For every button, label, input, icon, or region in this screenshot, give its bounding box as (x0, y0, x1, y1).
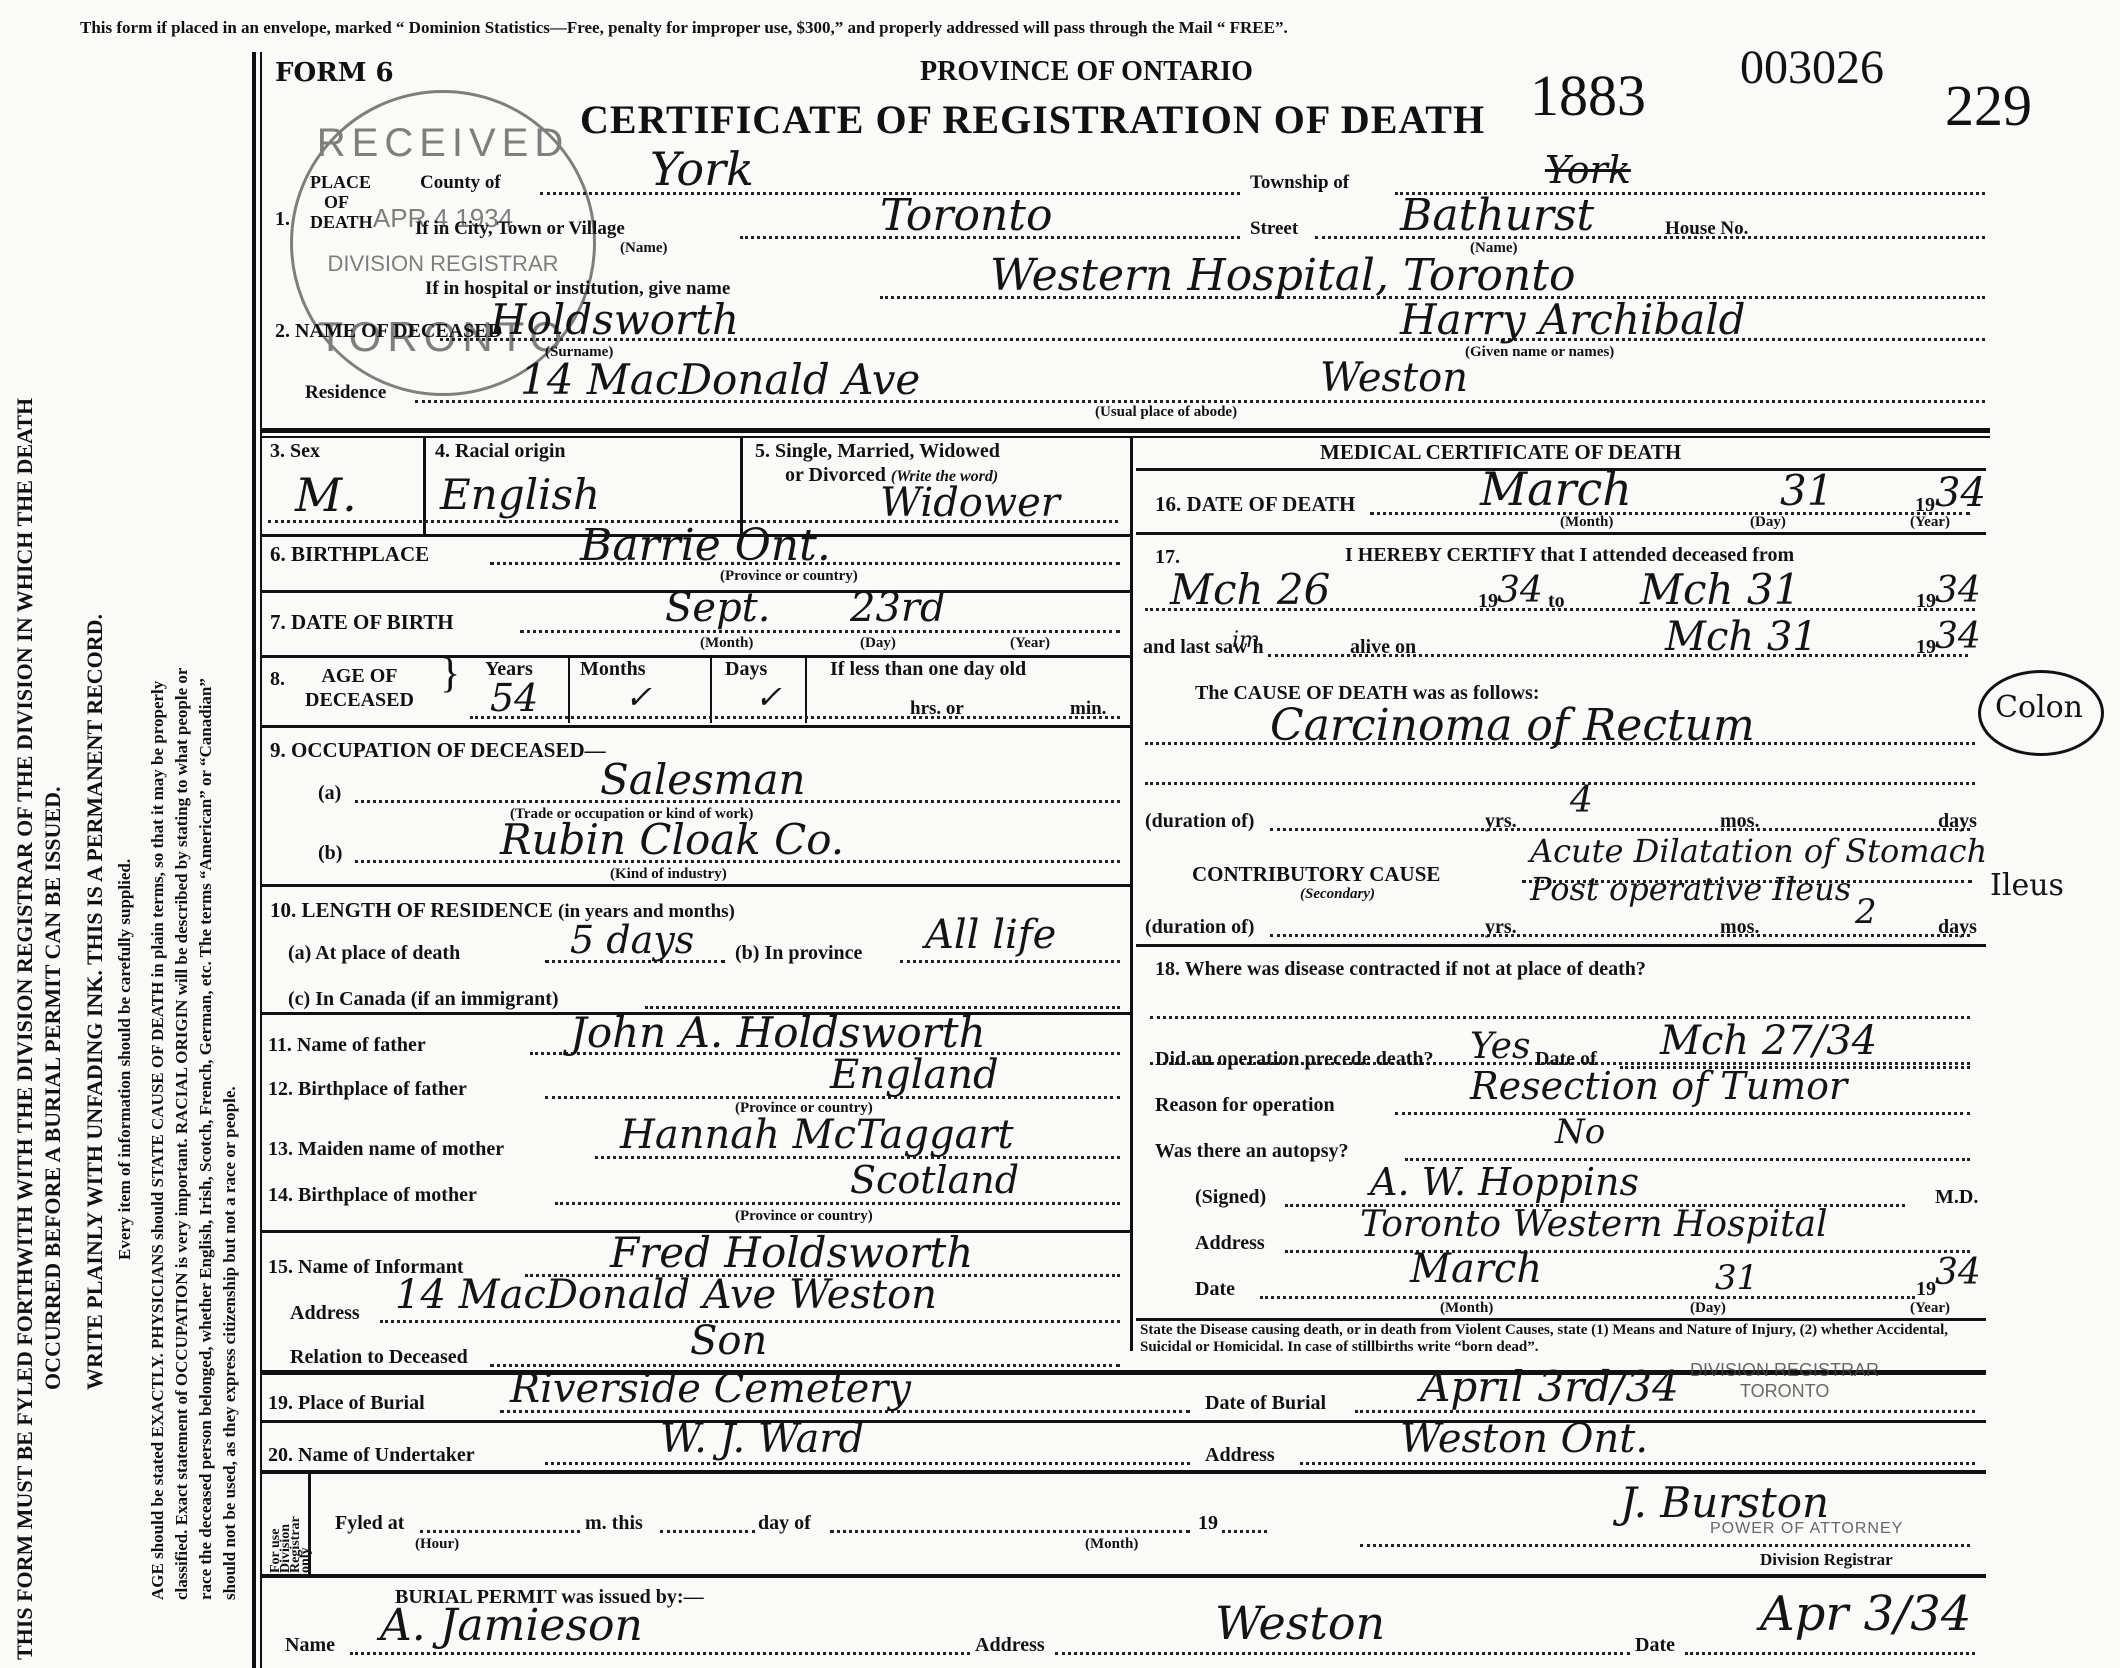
relation-value[interactable]: Son (690, 1318, 767, 1364)
marital-label: 5. Single, Married, Widowed (755, 440, 1000, 463)
residence-length-text: 10. LENGTH OF RESIDENCE (270, 898, 553, 922)
dob-line (520, 630, 1120, 633)
operation-reason-line (1395, 1112, 1970, 1115)
power-of-attorney-stamp: POWER OF ATTORNEY (1710, 1520, 1903, 1538)
row-divider (262, 725, 1130, 728)
deceased-surname[interactable]: Holdsworth (490, 295, 739, 344)
margin-line-5: AGE should be stated EXACTLY. PHYSICIANS… (148, 681, 168, 1600)
registration-number-stamp: 1883 (1530, 62, 1646, 129)
permit-address-value[interactable]: Weston (1215, 1596, 1385, 1650)
contrib-duration-line (1270, 934, 1970, 937)
autopsy-label: Was there an autopsy? (1155, 1140, 1349, 1163)
age-label: AGE OF DECEASED (305, 664, 414, 712)
marital-label-text: or Divorced (785, 464, 886, 486)
date-of-death-year[interactable]: 34 (1935, 470, 1986, 516)
mother-birthplace-value[interactable]: Scotland (850, 1158, 1019, 1202)
alive-on-year[interactable]: 34 (1935, 616, 1981, 657)
permit-date-value[interactable]: Apr 3/34 (1760, 1586, 1971, 1642)
father-birthplace-value[interactable]: England (830, 1052, 999, 1098)
permit-name-line (350, 1652, 970, 1655)
cause-annotation: Colon (1995, 690, 2083, 725)
physician-address-value[interactable]: Toronto Western Hospital (1360, 1204, 1828, 1245)
registrar-stamp-line-1: DIVISION REGISTRAR (1690, 1360, 1879, 1381)
cause-days-label: days (1938, 810, 1977, 833)
m-this-label: m. this (585, 1512, 643, 1535)
dod-month-caption: (Month) (1560, 514, 1613, 531)
hospital-value[interactable]: Western Hospital, Toronto (990, 250, 1575, 301)
row-divider (1136, 944, 1986, 947)
dod-day-caption: (Day) (1750, 514, 1786, 531)
registrar-stamp: DIVISION REGISTRAR TORONTO (1680, 1360, 1879, 1402)
province-duration-line (900, 960, 1120, 963)
hour-caption: (Hour) (415, 1536, 459, 1553)
street-value[interactable]: Bathurst (1400, 190, 1594, 241)
sex-value[interactable]: M. (295, 468, 357, 522)
mail-notice: This form if placed in an envelope, mark… (80, 18, 1288, 38)
dob-label: 7. DATE OF BIRTH (270, 610, 454, 635)
cause-of-death-value[interactable]: Carcinoma of Rectum (1270, 700, 1755, 751)
margin-line-6: classified. Exact statement of OCCUPATIO… (172, 668, 192, 1600)
certificate-date-year[interactable]: 34 (1935, 1252, 1981, 1293)
contributory-annotation: Ileus (1990, 868, 2064, 903)
serial-number-stamp: 003026 (1740, 40, 1884, 95)
undertaker-label: 20. Name of Undertaker (268, 1444, 475, 1467)
certificate-title: CERTIFICATE OF REGISTRATION OF DEATH (580, 96, 1485, 143)
stamp-division-registrar: DIVISION REGISTRAR (293, 251, 593, 277)
contrib-mos-label: mos. (1720, 916, 1759, 939)
date-of-death-line (1370, 512, 1970, 515)
label-of: OF (310, 192, 373, 212)
industry-caption: (Kind of industry) (610, 866, 727, 883)
permit-address-label: Address (975, 1634, 1045, 1657)
date-of-death-month[interactable]: March (1480, 462, 1632, 516)
margin-line-2: OCCURRED BEFORE A BURIAL PERMIT CAN BE I… (40, 787, 66, 1391)
dob-day[interactable]: 23rd (850, 585, 946, 631)
margin-line-8: should not be used, as they express citi… (220, 1086, 240, 1600)
race-value[interactable]: English (440, 470, 600, 519)
age-brace: } (440, 650, 460, 698)
attended-to-prefix: 19 (1916, 590, 1936, 613)
mother-birthplace-label: 14. Birthplace of mother (268, 1184, 477, 1207)
age-label-2: DECEASED (305, 688, 414, 712)
undertaker-address-value[interactable]: Weston Ont. (1400, 1416, 1648, 1462)
informant-value[interactable]: Fred Holdsworth (610, 1228, 973, 1277)
burial-place-value[interactable]: Riverside Cemetery (510, 1366, 911, 1412)
father-birthplace-label: 12. Birthplace of father (268, 1078, 467, 1101)
father-name-label: 11. Name of father (268, 1034, 426, 1057)
occupation-label: 9. OCCUPATION OF DECEASED— (270, 738, 606, 763)
operation-reason-label: Reason for operation (1155, 1094, 1335, 1117)
age-years-value[interactable]: 54 (490, 676, 538, 720)
operation-value[interactable]: Yes (1470, 1026, 1530, 1067)
alive-on-prefix: 19 (1916, 636, 1936, 659)
signed-label: (Signed) (1195, 1186, 1266, 1209)
undertaker-value[interactable]: W. J. Ward (660, 1416, 864, 1462)
attended-to[interactable]: Mch 31 (1640, 565, 1800, 614)
contrib-duration-days[interactable]: 2 (1855, 892, 1877, 932)
permit-address-line (1055, 1652, 1630, 1655)
operation-date[interactable]: Mch 27/34 (1660, 1018, 1877, 1064)
place-of-death-duration-value[interactable]: 5 days (570, 918, 694, 962)
certificate-date-day[interactable]: 31 (1715, 1258, 1758, 1298)
race-label: 4. Racial origin (435, 440, 566, 463)
dob-month[interactable]: Sept. (665, 585, 770, 631)
residence-label: Residence (305, 382, 386, 404)
row-divider (262, 1420, 1986, 1423)
city-name-caption: (Name) (620, 240, 667, 257)
relation-label: Relation to Deceased (290, 1346, 468, 1369)
md-label: M.D. (1935, 1186, 1978, 1209)
province-duration-value[interactable]: All life (925, 912, 1056, 958)
contrib-duration-label: (duration of) (1145, 916, 1254, 939)
place-of-death-label: PLACE OF DEATH (310, 172, 373, 232)
contrib-days-label: days (1938, 916, 1977, 939)
operation-label: Did an operation precede death? (1155, 1048, 1434, 1071)
last-saw-pronoun[interactable]: im (1232, 628, 1260, 653)
column-divider (1130, 436, 1133, 1351)
attended-from[interactable]: Mch 26 (1170, 565, 1330, 614)
county-value[interactable]: York (650, 142, 754, 196)
margin-instructions: THIS FORM MUST BE FYLED FORTHWITH WITH T… (0, 40, 250, 1660)
age-days-value[interactable]: ✓ (755, 678, 782, 716)
dod-year-caption: (Year) (1910, 514, 1950, 531)
registrar-stamp-line-2: TORONTO (1740, 1381, 1879, 1402)
last-saw-line (1268, 654, 1968, 657)
birthplace-caption: (Province or country) (720, 568, 858, 585)
fyled-hour-line (420, 1530, 580, 1533)
informant-address-value[interactable]: 14 MacDonald Ave Weston (395, 1272, 937, 1318)
cause-instructions: State the Disease causing death, or in d… (1140, 1322, 1985, 1356)
registrar-side-4: only (298, 1547, 314, 1573)
registrar-signature-line (1360, 1544, 1970, 1547)
undertaker-address-line (1300, 1462, 1975, 1465)
stamp-received-text: RECEIVED (293, 121, 593, 166)
age-col-divider (805, 658, 807, 723)
mother-name-label: 13. Maiden name of mother (268, 1138, 504, 1161)
physician-signature[interactable]: A. W. Hoppins (1370, 1160, 1639, 1204)
province-heading: PROVINCE OF ONTARIO (920, 56, 1253, 88)
contributory-cause-value-2[interactable]: Post operative Ileus (1530, 870, 1851, 908)
margin-line-1: THIS FORM MUST BE FYLED FORTHWITH WITH T… (12, 398, 38, 1660)
item-1-number: 1. (275, 208, 290, 231)
dob-day-caption: (Day) (860, 635, 896, 652)
date-of-death-day[interactable]: 31 (1780, 466, 1833, 515)
cert-day-caption: (Day) (1690, 1300, 1726, 1317)
residence-caption: (Usual place of abode) (1095, 404, 1237, 421)
industry-value[interactable]: Rubin Cloak Co. (500, 815, 844, 864)
row-divider (1136, 1318, 1986, 1321)
city-value[interactable]: Toronto (880, 190, 1052, 241)
cause-line-2 (1145, 782, 1975, 785)
burial-place-label: 19. Place of Burial (268, 1392, 425, 1415)
county-label: County of (420, 172, 501, 194)
cause-duration-label: (duration of) (1145, 810, 1254, 833)
mother-birthplace-caption: (Province or country) (735, 1208, 873, 1225)
dob-year-caption: (Year) (1010, 635, 1050, 652)
contributory-cause-label: CONTRIBUTORY CAUSE (1192, 862, 1440, 887)
disease-contracted-label: 18. Where was disease contracted if not … (1155, 958, 1646, 981)
fyled-day-line (660, 1530, 755, 1533)
occupation-value[interactable]: Salesman (600, 755, 806, 804)
age-line (470, 716, 1120, 719)
cause-duration-mos[interactable]: 4 (1570, 780, 1593, 821)
margin-line-4: Every item of information should be care… (115, 859, 135, 1260)
contrib-yrs-label: yrs. (1485, 916, 1517, 939)
certify-statement: I HEREBY CERTIFY that I attended decease… (1345, 544, 1794, 567)
attended-from-prefix: 19 (1478, 590, 1498, 613)
margin-line-7: race the deceased person belonged, wheth… (196, 678, 216, 1600)
mother-birthplace-line (555, 1202, 1120, 1205)
contributory-cause-value-1[interactable]: Acute Dilatation of Stomach (1530, 832, 1987, 870)
autopsy-value[interactable]: No (1555, 1112, 1605, 1152)
industry-b-label: (b) (318, 842, 342, 865)
form-left-border-inner (260, 52, 262, 1668)
fyled-year-line (1222, 1530, 1267, 1533)
cause-mos-label: mos. (1720, 810, 1759, 833)
operation-reason-value[interactable]: Resection of Tumor (1470, 1064, 1847, 1108)
fyled-month-line (830, 1530, 1190, 1533)
house-no-label: House No. (1665, 218, 1748, 240)
informant-address-label: Address (290, 1302, 360, 1325)
birthplace-label: 6. BIRTHPLACE (270, 542, 429, 567)
certificate-date-label: Date (1195, 1278, 1235, 1301)
township-value[interactable]: York (1545, 148, 1631, 192)
page-number: 229 (1945, 72, 2032, 139)
date-of-death-label: 16. DATE OF DEATH (1155, 492, 1355, 517)
section-divider-2 (262, 436, 1990, 438)
given-names-caption: (Given name or names) (1465, 344, 1614, 361)
attended-to-year[interactable]: 34 (1935, 570, 1981, 611)
father-name-value[interactable]: John A. Holdsworth (570, 1008, 986, 1057)
row-divider (262, 1574, 1986, 1578)
age-col-divider (568, 658, 570, 723)
cert-year-caption: (Year) (1910, 1300, 1950, 1317)
physician-address-label: Address (1195, 1232, 1265, 1255)
city-label: If in City, Town or Village (415, 218, 625, 240)
deceased-given-names[interactable]: Harry Archibald (1400, 295, 1746, 344)
certificate-date-month[interactable]: March (1410, 1246, 1542, 1292)
age-months-value[interactable]: ✓ (625, 678, 652, 716)
attended-from-year[interactable]: 34 (1497, 570, 1543, 611)
canada-duration-label: (c) In Canada (if an immigrant) (288, 988, 559, 1011)
permit-name-label: Name (285, 1634, 335, 1657)
age-number: 8. (270, 668, 285, 691)
attended-to-label: to (1548, 590, 1565, 613)
division-registrar-caption: Division Registrar (1760, 1550, 1893, 1570)
undertaker-address-label: Address (1205, 1444, 1275, 1467)
birthplace-value[interactable]: Barrie Ont. (580, 520, 831, 571)
burial-date-value[interactable]: April 3rd/34 (1420, 1362, 1679, 1411)
form-left-border (252, 52, 256, 1668)
registrar-use-label: For use Division Registrar only (268, 1478, 306, 1573)
permit-issuer-name[interactable]: A. Jamieson (380, 1600, 643, 1651)
physician-address-line (1285, 1250, 1970, 1253)
row-divider (262, 884, 1130, 887)
alive-on-date[interactable]: Mch 31 (1665, 614, 1818, 660)
age-col-divider (710, 658, 712, 723)
label-death: DEATH (310, 212, 373, 232)
permit-date-label: Date (1635, 1634, 1675, 1657)
section-divider (262, 428, 1990, 433)
form-number: FORM 6 (275, 58, 394, 88)
fyled-month-caption: (Month) (1085, 1536, 1138, 1553)
permit-date-line (1685, 1652, 1975, 1655)
dob-month-caption: (Month) (700, 635, 753, 652)
place-of-death-duration-label: (a) At place of death (288, 942, 460, 965)
age-label-1: AGE OF (305, 664, 414, 688)
cause-duration-line (1270, 828, 1970, 831)
burial-date-label: Date of Burial (1205, 1392, 1326, 1415)
fyled-year-prefix: 19 (1198, 1512, 1218, 1535)
contributory-caption: (Secondary) (1300, 886, 1375, 903)
row-divider (1136, 532, 1986, 535)
residence-town[interactable]: Weston (1320, 355, 1468, 401)
mother-name-value[interactable]: Hannah McTaggart (620, 1112, 1014, 1158)
fyled-at-label: Fyled at (335, 1512, 404, 1535)
township-label: Township of (1250, 172, 1349, 194)
province-duration-label: (b) In province (735, 942, 862, 965)
row-divider (262, 1470, 1986, 1474)
occupation-a-label: (a) (318, 782, 341, 805)
margin-line-3: WRITE PLAINLY WITH UNFADING INK. THIS IS… (82, 614, 108, 1390)
age-less-than-day-label: If less than one day old (830, 658, 1026, 681)
cert-month-caption: (Month) (1440, 1300, 1493, 1317)
undertaker-line (545, 1462, 1190, 1465)
certificate-date-prefix: 19 (1916, 1278, 1936, 1301)
cause-yrs-label: yrs. (1485, 810, 1517, 833)
day-of-label: day of (758, 1512, 811, 1535)
certificate-date-line (1260, 1296, 1915, 1299)
street-label: Street (1250, 218, 1298, 240)
residence-value[interactable]: 14 MacDonald Ave (520, 355, 920, 404)
sex-label: 3. Sex (270, 440, 320, 463)
label-place: PLACE (310, 172, 373, 192)
